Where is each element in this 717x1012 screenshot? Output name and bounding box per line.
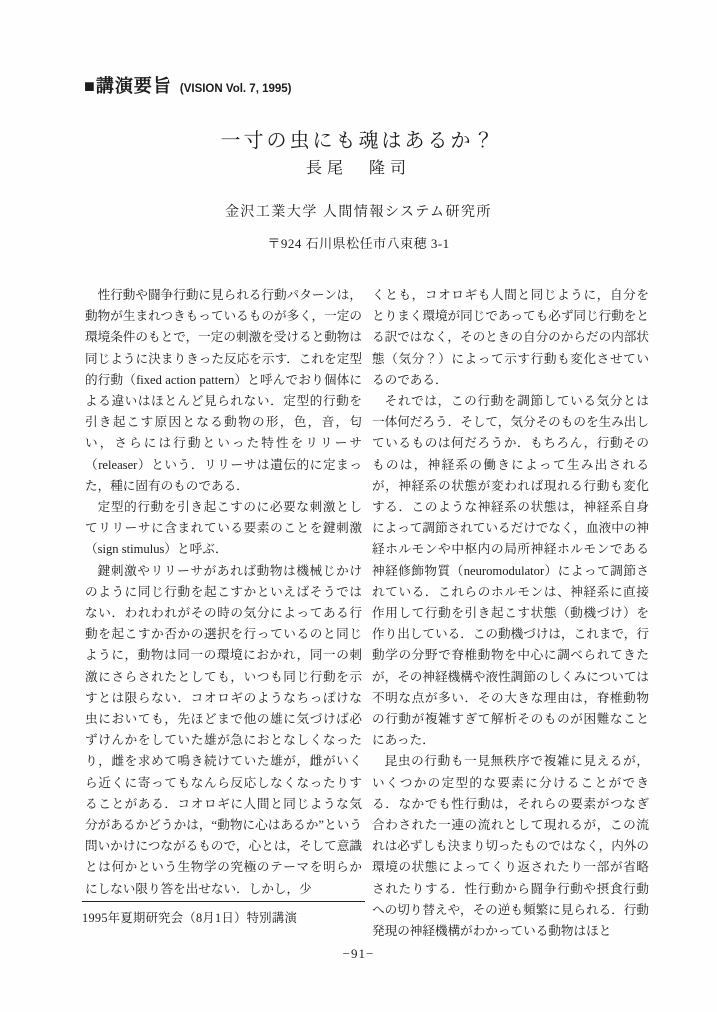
- section-header: ■講演要旨 (VISION Vol. 7, 1995): [84, 72, 292, 98]
- article-title: 一寸の虫にも魂はあるか？: [0, 124, 717, 153]
- lecture-footnote: 1995年夏期研究会（8月1日）特別講演: [82, 901, 365, 926]
- left-text-column: 性行動や闘争行動に見られる行動パターンは，動物が生まれつきもっているものが多く，…: [85, 285, 362, 900]
- paragraph-right-1: くとも，コオロギも人間と同じように，自分をとりまく環境が同じであっても必ず同じ行…: [372, 285, 649, 391]
- paragraph-left-1: 性行動や闘争行動に見られる行動パターンは，動物が生まれつきもっているものが多く，…: [85, 285, 362, 497]
- affiliation-address: 〒924 石川県松任市八束穂 3-1: [0, 233, 717, 252]
- author-affiliation: 金沢工業大学 人間情報システム研究所: [0, 201, 717, 221]
- paragraph-left-2: 定型的行動を引き起こすのに必要な刺激としてリリーサに含まれている要素のことを鍵刺…: [85, 497, 362, 561]
- paragraph-right-2: それでは，この行動を調節している気分とは一体何だろう．そして，気分そのものを生み…: [372, 391, 649, 751]
- header-label: ■講演要旨: [84, 76, 172, 96]
- right-text-column: くとも，コオロギも人間と同じように，自分をとりまく環境が同じであっても必ず同じ行…: [372, 285, 649, 942]
- journal-reference: (VISION Vol. 7, 1995): [180, 83, 292, 95]
- paragraph-right-3: 昆虫の行動も一見無秩序で複雑に見えるが，いくつかの定型的な要素に分けることができ…: [372, 751, 649, 942]
- page-number: −91−: [0, 946, 717, 962]
- paragraph-left-3: 鍵刺激やリリーサがあれば動物は機械じかけのように同じ行動を起こすかといえばそうで…: [85, 561, 362, 900]
- document-page: ■講演要旨 (VISION Vol. 7, 1995) 一寸の虫にも魂はあるか？…: [0, 0, 717, 1012]
- author-name: 長尾 隆司: [0, 155, 717, 178]
